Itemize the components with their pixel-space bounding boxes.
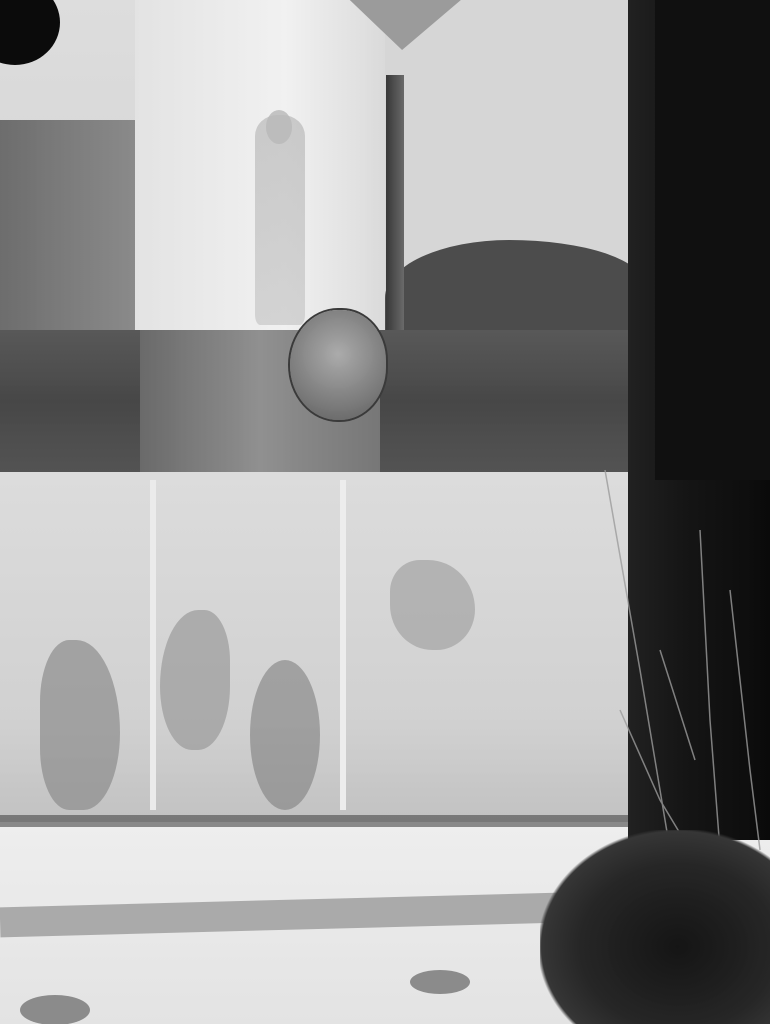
painted-figure-head — [266, 110, 292, 144]
dark-pilaster-strip — [386, 75, 404, 330]
wall-base-shadow — [0, 815, 640, 827]
twigs-drawing — [600, 470, 770, 850]
shrub — [540, 830, 770, 1024]
column-shadow-upper — [655, 0, 770, 480]
paving-stain — [20, 995, 90, 1024]
plaster-loss-stain — [160, 610, 230, 750]
dado-vertical-line — [150, 480, 156, 810]
dado-vertical-line — [340, 480, 346, 810]
plaster-loss-stain — [250, 660, 320, 810]
fresco-wall-photograph: Black and white photograph of a weathere… — [0, 0, 770, 1024]
painted-figure — [255, 115, 305, 325]
bare-twigs — [600, 470, 770, 850]
upper-left-dark-panel — [0, 120, 135, 330]
round-plaster-patch — [290, 310, 386, 420]
paving-stain — [410, 970, 470, 994]
